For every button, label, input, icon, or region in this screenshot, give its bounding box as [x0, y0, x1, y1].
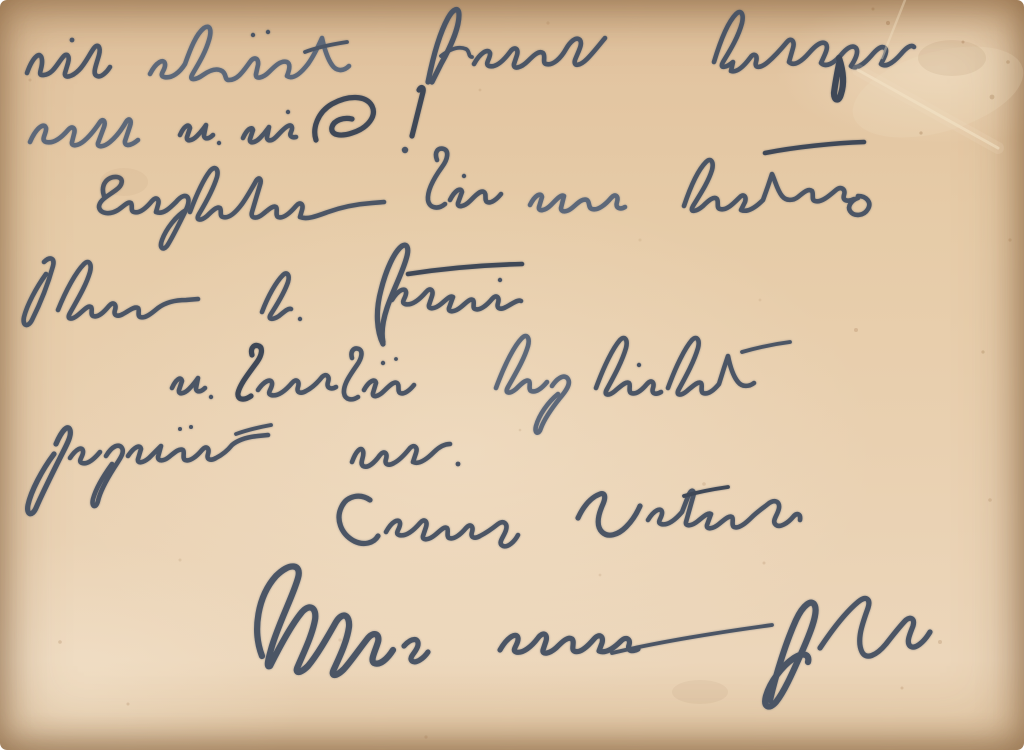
- ink-strokes: [24, 10, 930, 707]
- ink-halo: [24, 10, 930, 707]
- paper-crease: [842, 0, 1024, 155]
- handwriting-layer: [0, 0, 1024, 750]
- handwriting-svg: [0, 0, 1024, 750]
- scanned-letter: Transcription viel Schönes (?) freude br…: [0, 0, 1024, 750]
